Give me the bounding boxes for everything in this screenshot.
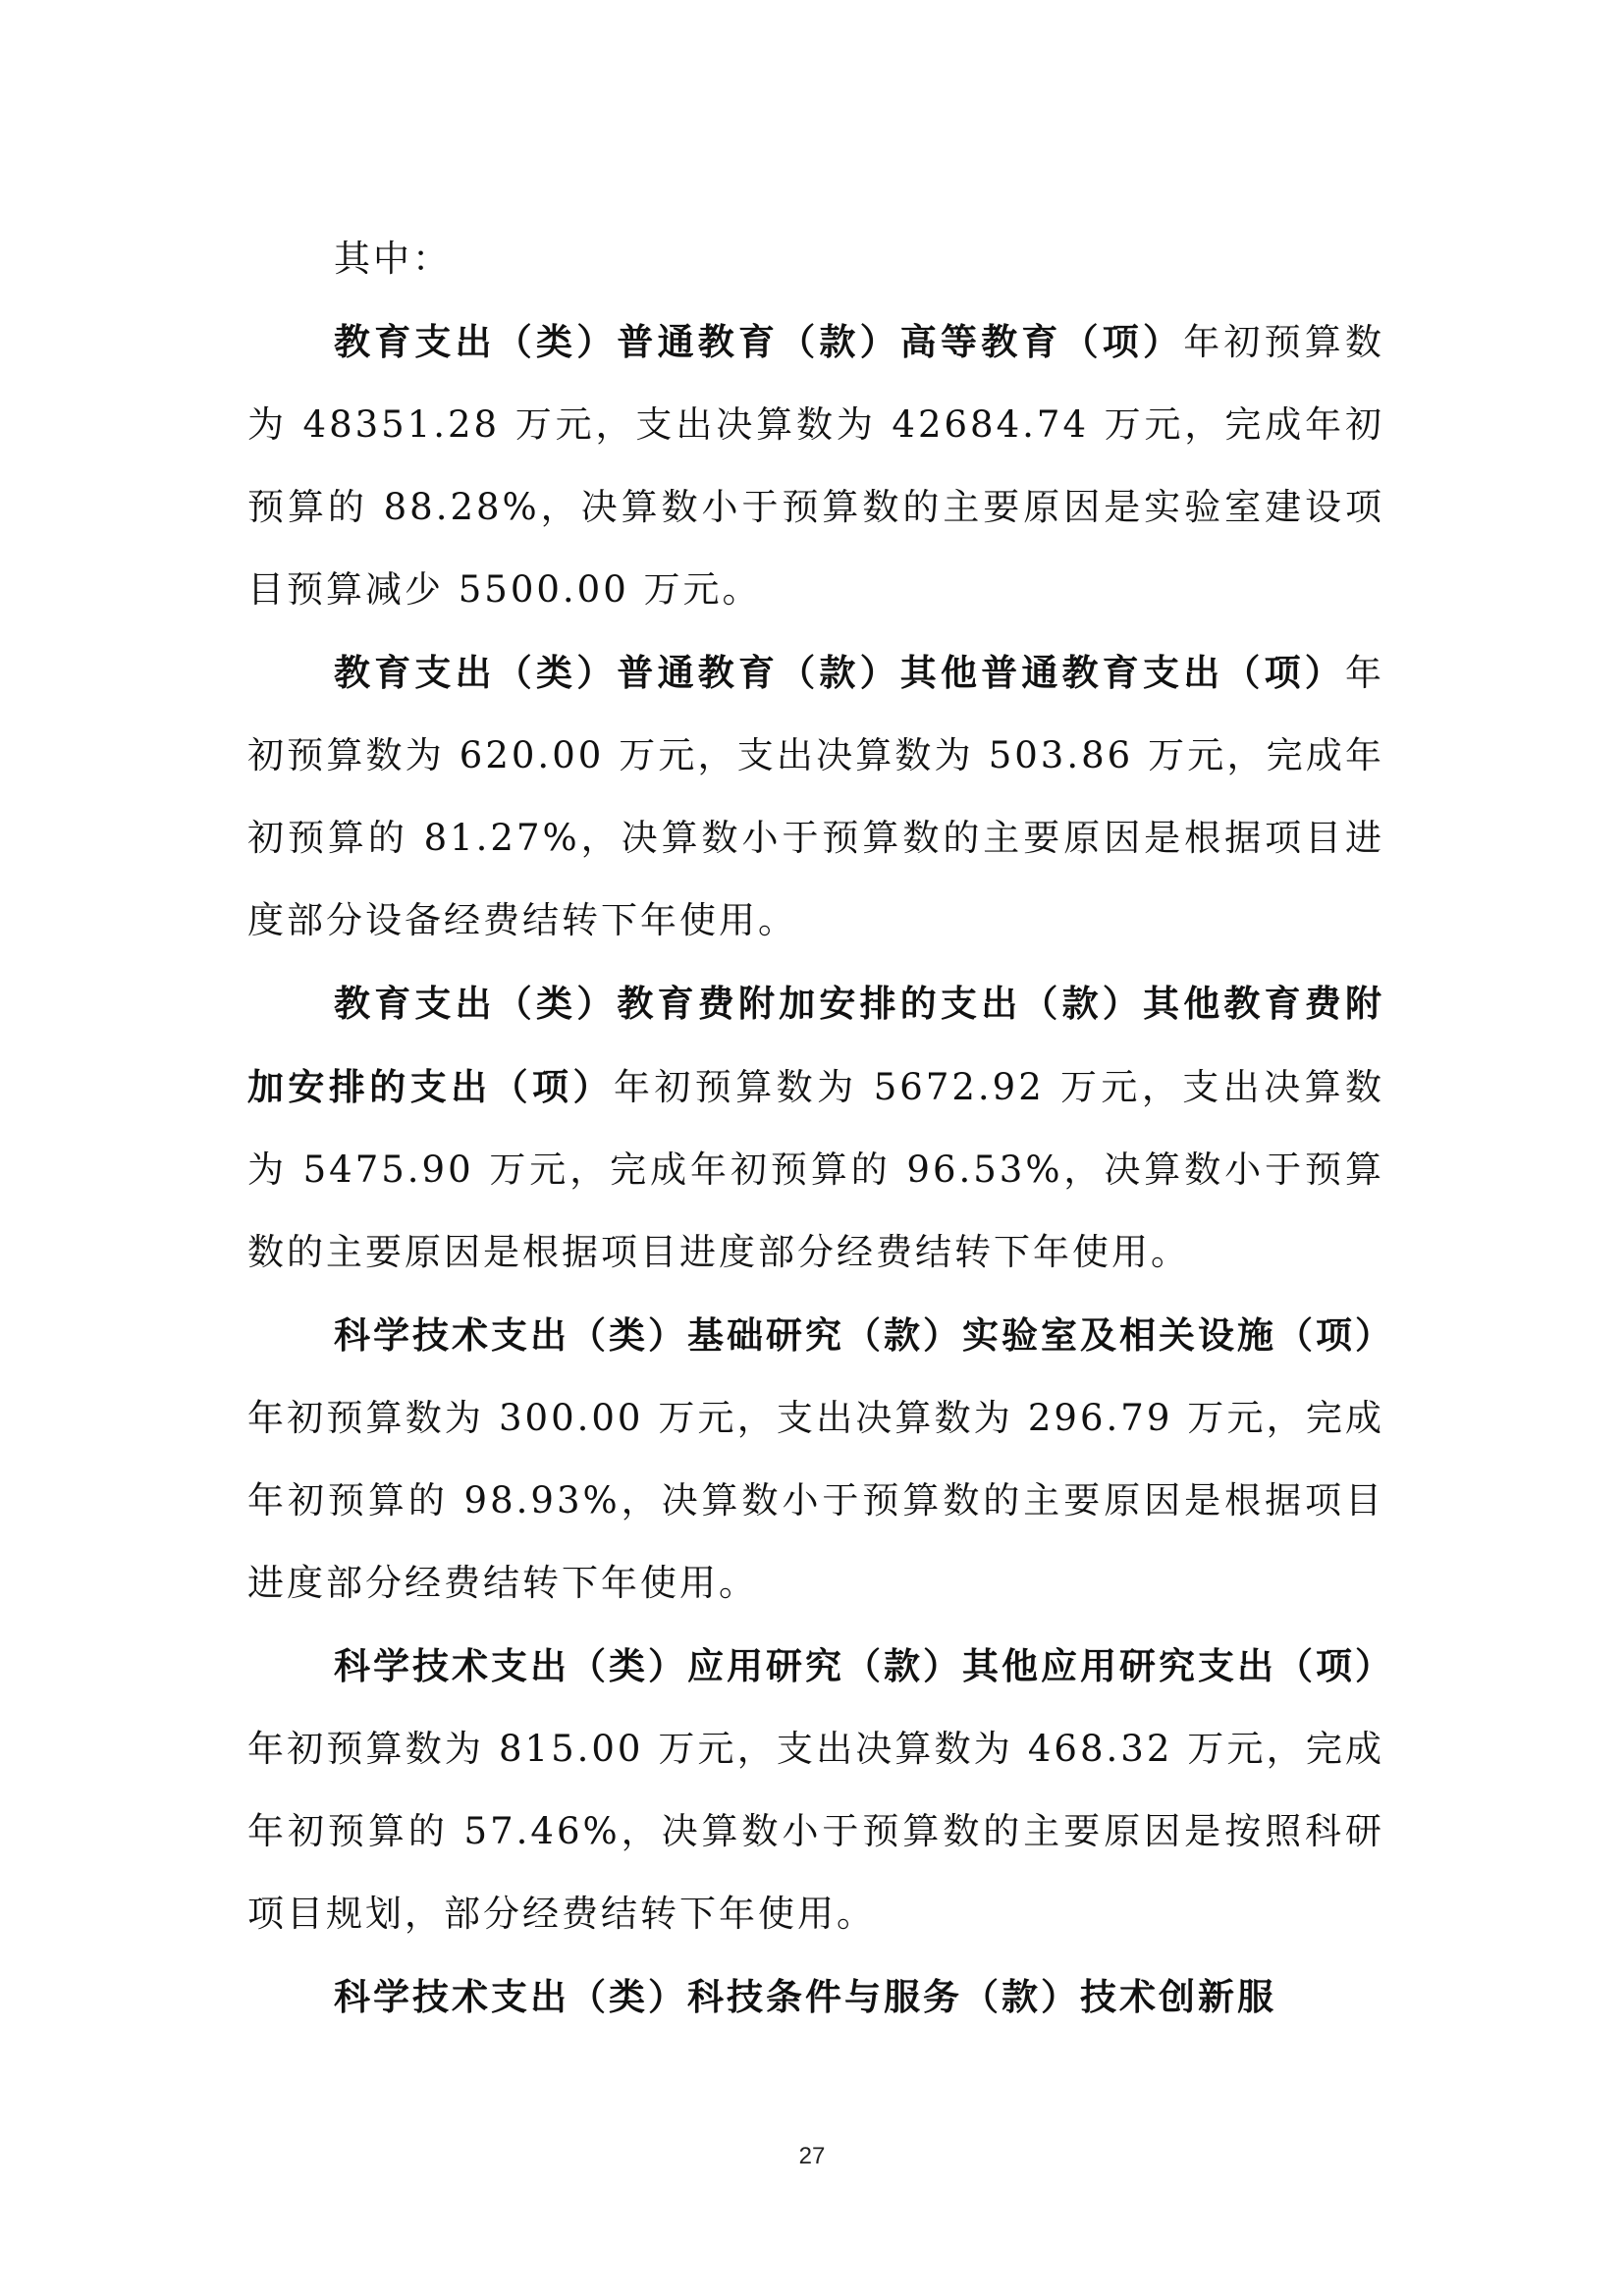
paragraph-other-applied-research: 科学技术支出（类）应用研究（款）其他应用研究支出（项）年初预算数为 815.00… <box>247 1625 1384 1955</box>
paragraph-heading: 科学技术支出（类）应用研究（款）其他应用研究支出（项） <box>334 1644 1394 1687</box>
paragraph-body: 年初预算数为 620.00 万元，支出决算数为 503.86 万元，完成年初预算… <box>247 652 1384 941</box>
paragraph-body: 年初预算数为 815.00 万元，支出决算数为 468.32 万元，完成年初预算… <box>247 1728 1384 1935</box>
paragraph-body: 年初预算数为 300.00 万元，支出决算数为 296.79 万元，完成年初预算… <box>247 1397 1384 1604</box>
paragraph-tech-innovation-services: 科学技术支出（类）科技条件与服务（款）技术创新服 <box>247 1955 1384 2039</box>
paragraph-heading: 教育支出（类）普通教育（款）高等教育（项） <box>334 320 1183 363</box>
paragraph-other-general-education: 教育支出（类）普通教育（款）其他普通教育支出（项）年初预算数为 620.00 万… <box>247 631 1384 962</box>
intro-text: 其中： <box>247 218 1384 300</box>
paragraph-heading: 科学技术支出（类）科技条件与服务（款）技术创新服 <box>334 1975 1276 2018</box>
paragraph-higher-education: 教育支出（类）普通教育（款）高等教育（项）年初预算数为 48351.28 万元，… <box>247 300 1384 631</box>
paragraph-lab-facilities: 科学技术支出（类）基础研究（款）实验室及相关设施（项）年初预算数为 300.00… <box>247 1294 1384 1625</box>
paragraph-heading: 教育支出（类）普通教育（款）其他普通教育支出（项） <box>334 651 1345 694</box>
page-number: 27 <box>0 2143 1624 2170</box>
paragraph-education-surcharge: 教育支出（类）教育费附加安排的支出（款）其他教育费附加安排的支出（项）年初预算数… <box>247 962 1384 1294</box>
paragraph-body: 年初预算数为 48351.28 万元，支出决算数为 42684.74 万元，完成… <box>247 321 1384 611</box>
document-page: 其中： 教育支出（类）普通教育（款）高等教育（项）年初预算数为 48351.28… <box>247 218 1384 2039</box>
paragraph-heading: 科学技术支出（类）基础研究（款）实验室及相关设施（项） <box>334 1313 1394 1357</box>
